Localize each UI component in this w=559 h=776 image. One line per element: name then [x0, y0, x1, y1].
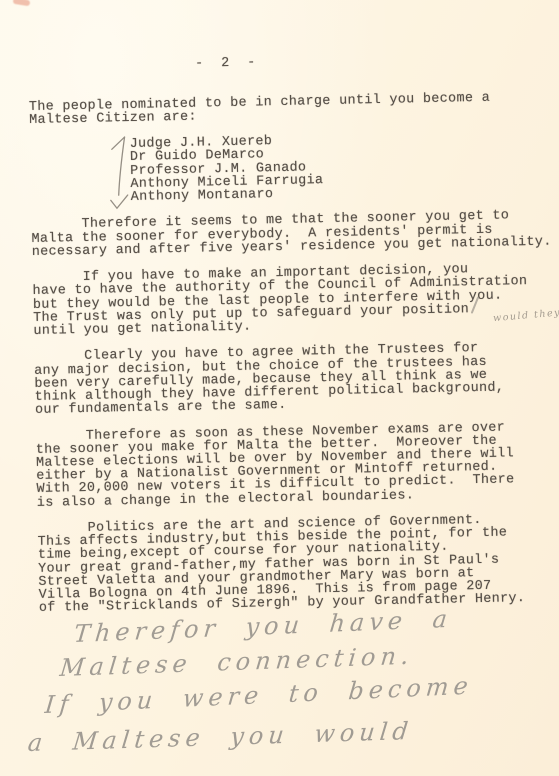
paragraph-important-decision: If you have to make an important decisio…: [32, 262, 559, 339]
paragraph-agree-with-trustees: Clearly you have to agree with the Trust…: [34, 341, 559, 418]
text-line: Maltese connection.: [59, 642, 416, 682]
scanned-letter-page: - 2 - The people nominated to be in char…: [0, 0, 559, 776]
page-number: - 2 -: [195, 50, 556, 70]
paragraph-november-elections: Therefore as soon as these November exam…: [35, 420, 559, 510]
handwritten-bracket-check-icon: [103, 134, 135, 217]
trustee-list-wrap: Judge J.H. XuerebDr Guido DeMarcoProfess…: [130, 130, 559, 205]
paragraph-politics-family: Politics are the art and science of Gove…: [37, 512, 559, 615]
typed-letter-body: - 2 - The people nominated to be in char…: [28, 50, 559, 628]
text-line: a Maltese you would: [26, 717, 414, 757]
text-line: If you were to become: [44, 671, 475, 719]
red-smudge-mark: [13, 0, 31, 6]
intro-paragraph: The people nominated to be in charge unt…: [29, 90, 557, 127]
trustee-list: Judge J.H. XuerebDr Guido DeMarcoProfess…: [130, 130, 559, 205]
